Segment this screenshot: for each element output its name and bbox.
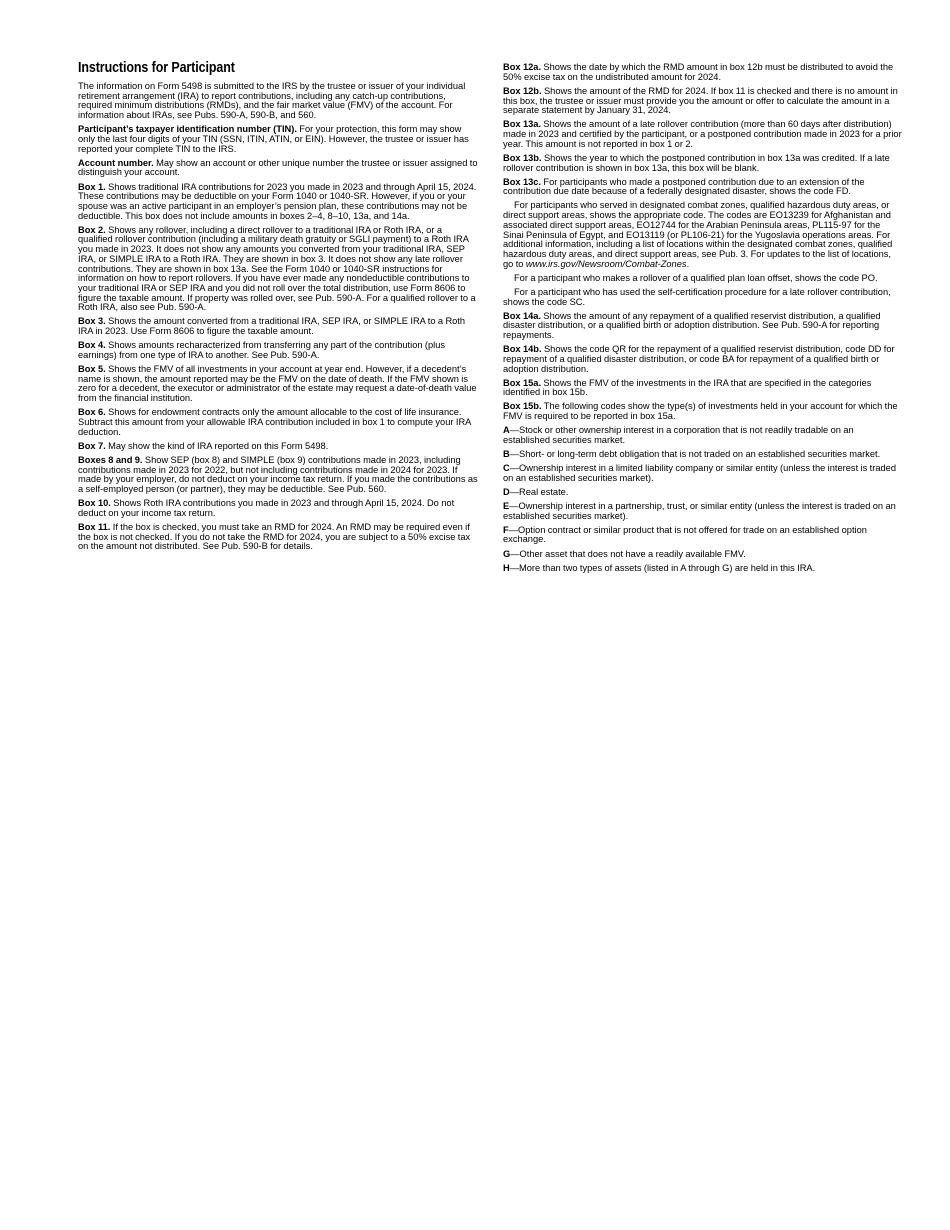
paragraph: The information on Form 5498 is submitte… — [78, 82, 478, 121]
paragraph-lead: Box 6. — [78, 407, 106, 417]
paragraph-text: —Short- or long-term debt obligation tha… — [510, 449, 881, 459]
paragraph: A—Stock or other ownership interest in a… — [503, 426, 903, 445]
paragraph-lead: Participant’s taxpayer identification nu… — [78, 124, 297, 134]
paragraph-text: Shows amounts recharacterized from trans… — [78, 340, 445, 360]
paragraph-lead: Box 14a. — [503, 311, 541, 321]
paragraph: Box 1. Shows traditional IRA contributio… — [78, 183, 478, 222]
paragraph: F—Option contract or similar product tha… — [503, 526, 903, 545]
paragraph: Box 12a. Shows the date by which the RMD… — [503, 63, 903, 82]
paragraph-lead: Box 13c. — [503, 177, 541, 187]
paragraph: Account number. May show an account or o… — [78, 159, 478, 178]
paragraph: Box 7. May show the kind of IRA reported… — [78, 442, 478, 452]
paragraph: E—Ownership interest in a partnership, t… — [503, 502, 903, 521]
paragraph-text: —Option contract or similar product that… — [503, 525, 867, 545]
paragraph-text: Shows the code QR for the repayment of a… — [503, 344, 895, 373]
paragraph: Box 14a. Shows the amount of any repayme… — [503, 312, 903, 341]
paragraph: D—Real estate. — [503, 488, 903, 498]
paragraph-lead: Box 15a. — [503, 378, 541, 388]
paragraph-text: Shows Roth IRA contributions you made in… — [78, 498, 454, 518]
paragraph-text: The following codes show the type(s) of … — [503, 401, 898, 421]
paragraph: Box 10. Shows Roth IRA contributions you… — [78, 499, 478, 518]
paragraph-text: Shows for endowment contracts only the a… — [78, 407, 471, 436]
paragraph-text: —Ownership interest in a partnership, tr… — [503, 501, 896, 521]
paragraph: Participant’s taxpayer identification nu… — [78, 125, 478, 154]
right-column: Box 12a. Shows the date by which the RMD… — [503, 60, 903, 578]
instructions-content: Instructions for Participant The informa… — [78, 60, 903, 578]
paragraph: B—Short- or long-term debt obligation th… — [503, 450, 903, 460]
paragraph-text: Shows the amount of the RMD for 2024. If… — [503, 86, 898, 115]
paragraph-lead: Box 1. — [78, 182, 106, 192]
paragraph-italic-url: www.irs.gov/Newsroom/Combat-Zones — [526, 259, 687, 269]
paragraph-text: —Real estate. — [510, 487, 569, 497]
paragraph: Box 5. Shows the FMV of all investments … — [78, 365, 478, 404]
paragraph: Box 4. Shows amounts recharacterized fro… — [78, 341, 478, 360]
paragraph-lead: A — [503, 425, 510, 435]
paragraph-lead: Box 2. — [78, 225, 106, 235]
paragraph: For participants who served in designate… — [503, 201, 903, 269]
paragraph: C—Ownership interest in a limited liabil… — [503, 464, 903, 483]
paragraph: For a participant who has used the self-… — [503, 288, 903, 307]
paragraph-lead: Box 14b. — [503, 344, 542, 354]
paragraph-text: For a participant who makes a rollover o… — [514, 273, 878, 283]
paragraph-lead: Boxes 8 and 9. — [78, 455, 143, 465]
paragraph-lead: B — [503, 449, 510, 459]
paragraph-text: Shows the FMV of the investments in the … — [503, 378, 871, 398]
paragraph-lead: Box 13a. — [503, 119, 541, 129]
paragraph-text: For participants who made a postponed co… — [503, 177, 865, 197]
paragraph-text: May show the kind of IRA reported on thi… — [106, 441, 329, 451]
paragraph: Box 14b. Shows the code QR for the repay… — [503, 345, 903, 374]
paragraph: Box 13c. For participants who made a pos… — [503, 178, 903, 197]
paragraph-text: Shows any rollover, including a direct r… — [78, 225, 476, 313]
paragraph-lead: Box 5. — [78, 364, 106, 374]
paragraph: Box 15b. The following codes show the ty… — [503, 402, 903, 421]
paragraph-text: —More than two types of assets (listed i… — [510, 563, 816, 573]
paragraph-text: —Ownership interest in a limited liabili… — [503, 463, 896, 483]
paragraph-text: Shows the FMV of all investments in your… — [78, 364, 477, 403]
paragraph-lead: C — [503, 463, 510, 473]
paragraph-lead: Box 11. — [78, 522, 110, 532]
paragraph-lead: Box 4. — [78, 340, 106, 350]
paragraph-after: . — [687, 259, 690, 269]
paragraph: Box 11. If the box is checked, you must … — [78, 523, 478, 552]
paragraph-text: Shows traditional IRA contributions for … — [78, 182, 476, 221]
paragraph: Boxes 8 and 9. Show SEP (box 8) and SIMP… — [78, 456, 478, 495]
paragraph-lead: Box 15b. — [503, 401, 542, 411]
paragraph-text: —Stock or other ownership interest in a … — [503, 425, 854, 445]
document-page: Instructions for Participant The informa… — [0, 0, 950, 1230]
paragraph-lead: Box 7. — [78, 441, 106, 451]
paragraph-text: Shows the amount converted from a tradit… — [78, 316, 465, 336]
paragraph: Box 2. Shows any rollover, including a d… — [78, 226, 478, 313]
paragraph-text: The information on Form 5498 is submitte… — [78, 81, 465, 120]
left-column: Instructions for Participant The informa… — [78, 60, 478, 578]
paragraph-lead: H — [503, 563, 510, 573]
paragraph-text: Shows the amount of any repayment of a q… — [503, 311, 881, 340]
paragraph-lead: Box 13b. — [503, 153, 542, 163]
paragraph: For a participant who makes a rollover o… — [503, 274, 903, 284]
paragraph: G—Other asset that does not have a readi… — [503, 550, 903, 560]
paragraph: Box 13a. Shows the amount of a late roll… — [503, 120, 903, 149]
paragraph: Box 6. Shows for endowment contracts onl… — [78, 408, 478, 437]
paragraph-text: Shows the year to which the postponed co… — [503, 153, 890, 173]
paragraph: H—More than two types of assets (listed … — [503, 564, 903, 574]
paragraph: Box 13b. Shows the year to which the pos… — [503, 154, 903, 173]
paragraph-text: Shows the amount of a late rollover cont… — [503, 119, 902, 148]
paragraph-lead: Box 10. — [78, 498, 111, 508]
paragraph: Box 15a. Shows the FMV of the investment… — [503, 379, 903, 398]
paragraph-text: If the box is checked, you must take an … — [78, 522, 470, 551]
paragraph-lead: Box 12a. — [503, 62, 541, 72]
paragraph-lead: Box 12b. — [503, 86, 542, 96]
paragraph-lead: D — [503, 487, 510, 497]
paragraph-text: —Other asset that does not have a readil… — [510, 549, 746, 559]
paragraph-lead: Box 3. — [78, 316, 106, 326]
paragraph: Box 3. Shows the amount converted from a… — [78, 317, 478, 336]
paragraph: Box 12b. Shows the amount of the RMD for… — [503, 87, 903, 116]
paragraph-lead: Account number. — [78, 158, 154, 168]
paragraph-text: Shows the date by which the RMD amount i… — [503, 62, 893, 82]
paragraph-text: For a participant who has used the self-… — [503, 287, 891, 307]
page-title: Instructions for Participant — [78, 60, 410, 76]
